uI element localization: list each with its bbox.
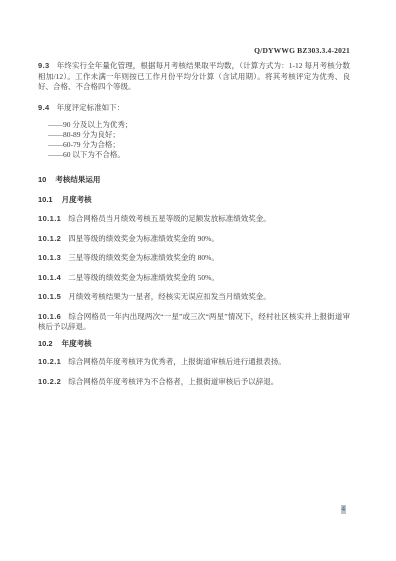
heading-number: 10.2: [38, 339, 53, 348]
clause-text: 月绩效考核结果为一星者，经核实无误应扣发当月绩效奖金。: [68, 292, 271, 301]
clause-text: 二星等级的绩效奖金为标准绩效奖金的 50%。: [68, 273, 219, 282]
clause-9-4: 9.4年度评定标准如下：: [38, 103, 350, 114]
clause-number: 10.1.3: [38, 253, 61, 262]
clause-number: 10.2.2: [38, 377, 61, 386]
heading-text: 年度考核: [62, 339, 92, 348]
clause-10-1-5: 10.1.5月绩效考核结果为一星者，经核实无误应扣发当月绩效奖金。: [38, 292, 350, 303]
clause-number: 9.4: [38, 103, 50, 112]
clause-number: 10.2.1: [38, 357, 61, 366]
clause-text: 综合网格员一年内出现两次“一星”或三次“两星”情况下，经村社区核实并上报街道审核…: [38, 312, 350, 332]
page-number: 4: [341, 505, 347, 514]
clause-10-1-3: 10.1.3三星等级的绩效奖金为标准绩效奖金的 80%。: [38, 253, 350, 264]
standard-code-header: Q/DYWWG BZ303.3.4-2021: [38, 46, 350, 55]
clause-text: 三星等级的绩效奖金为标准绩效奖金的 80%。: [68, 253, 219, 262]
clause-10-1-4: 10.1.4二星等级的绩效奖金为标准绩效奖金的 50%。: [38, 273, 350, 284]
clause-number: 9.3: [38, 61, 50, 70]
clause-10-1-6: 10.1.6综合网格员一年内出现两次“一星”或三次“两星”情况下，经村社区核实并…: [38, 312, 350, 333]
clause-number: 10.1.1: [38, 214, 61, 223]
document-page: Q/DYWWG BZ303.3.4-2021 9.3年终实行全年量化管理，根据每…: [0, 0, 396, 561]
clause-9-3: 9.3年终实行全年量化管理，根据每月考核结果取平均数，（计算方式为：1-12 每…: [38, 61, 350, 93]
clause-number: 10.1.5: [38, 292, 61, 301]
clause-10-2-1: 10.2.1综合网格员年度考核评为优秀者，上报街道审核后进行通报表扬。: [38, 357, 350, 368]
heading-number: 10: [38, 175, 46, 184]
heading-text: 考核结果运用: [55, 175, 100, 184]
list-item: ——60-79 分为合格；: [48, 140, 350, 150]
clause-text: 四星等级的绩效奖金为标准绩效奖金的 90%。: [68, 234, 219, 243]
clause-number: 10.1.2: [38, 234, 61, 243]
section-heading-10-1: 10.1月度考核: [38, 195, 350, 204]
heading-number: 10.1: [38, 195, 53, 204]
clause-10-1-2: 10.1.2四星等级的绩效奖金为标准绩效奖金的 90%。: [38, 234, 350, 245]
list-item: ——60 以下为不合格。: [48, 150, 350, 160]
heading-text: 月度考核: [62, 195, 92, 204]
clause-number: 10.1.6: [38, 312, 61, 321]
clause-number: 10.1.4: [38, 273, 61, 282]
clause-text: 综合网格员当月绩效考核五星等级的足额发放标准绩效奖金。: [68, 214, 271, 223]
list-item: ——80-89 分为良好；: [48, 130, 350, 140]
clause-text: 年终实行全年量化管理，根据每月考核结果取平均数，（计算方式为：1-12 每月考核…: [38, 61, 350, 91]
section-heading-10-2: 10.2年度考核: [38, 339, 350, 348]
clause-text: 综合网格员年度考核评为优秀者，上报街道审核后进行通报表扬。: [68, 357, 286, 366]
list-item: ——90 分及以上为优秀；: [48, 120, 350, 130]
grade-criteria-list: ——90 分及以上为优秀； ——80-89 分为良好； ——60-79 分为合格…: [48, 120, 350, 160]
clause-text: 年度评定标准如下：: [57, 103, 125, 112]
section-heading-10: 10考核结果运用: [38, 175, 350, 184]
clause-text: 综合网格员年度考核评为不合格者，上报街道审核后予以辞退。: [68, 377, 278, 386]
clause-10-2-2: 10.2.2综合网格员年度考核评为不合格者，上报街道审核后予以辞退。: [38, 377, 350, 388]
clause-10-1-1: 10.1.1综合网格员当月绩效考核五星等级的足额发放标准绩效奖金。: [38, 214, 350, 225]
